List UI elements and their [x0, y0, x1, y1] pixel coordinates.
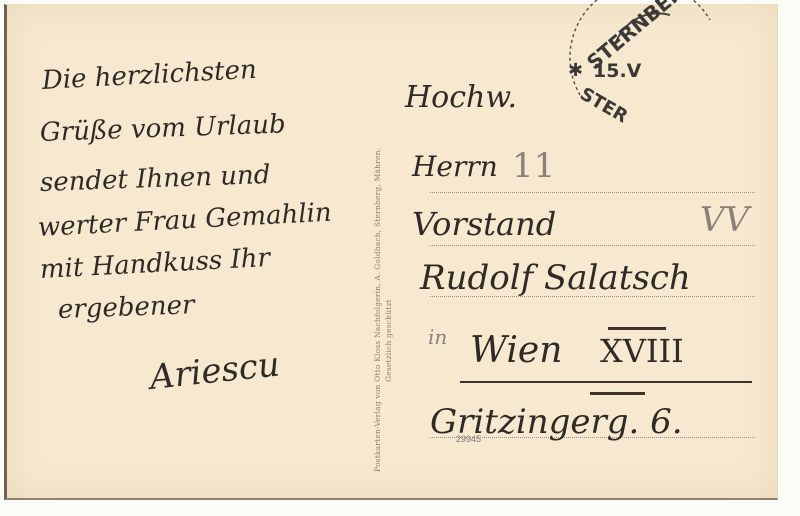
- address-prefix: in: [428, 325, 447, 349]
- postmark-date: 15.V: [593, 60, 641, 82]
- address-title: Herrn: [412, 150, 498, 183]
- address-line-underline: [460, 381, 752, 383]
- district-overline: [608, 327, 666, 330]
- publisher-imprint: Postkarten-Verlag von Otto Kloss Nachfol…: [372, 148, 394, 472]
- address-line-rule: [430, 245, 755, 246]
- address-city: Wien: [470, 330, 562, 371]
- message-line: ergebener: [57, 290, 194, 325]
- address-line-rule: [430, 192, 755, 193]
- publisher-line: Postkarten-Verlag von Otto Kloss Nachfol…: [372, 148, 383, 472]
- address-salutation: Hochw.: [405, 80, 517, 115]
- address-district: XVIII: [600, 332, 684, 370]
- pencil-mark: VV: [700, 200, 749, 240]
- card-number: 29945: [456, 434, 481, 444]
- address-position: Vorstand: [412, 205, 556, 243]
- pencil-mark: 11: [512, 146, 555, 186]
- postmark-star: ✱: [568, 60, 583, 81]
- copyright-line: Gesetzlich geschützt: [383, 148, 394, 472]
- address-name: Rudolf Salatsch: [420, 258, 691, 298]
- district-underline: [590, 392, 645, 395]
